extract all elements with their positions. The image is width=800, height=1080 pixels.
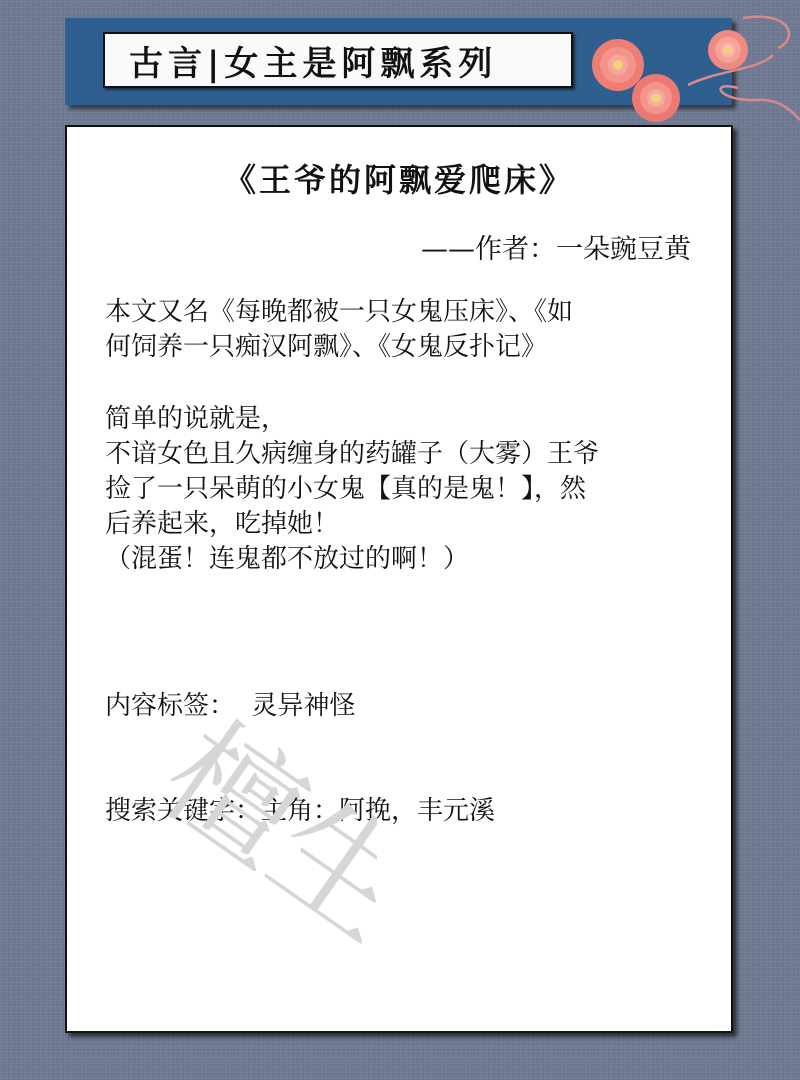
book-title: 《王爷的阿飘爱爬床》 bbox=[67, 155, 731, 201]
svg-text:檀生: 檀生 bbox=[137, 702, 377, 969]
summary: 简单的说就是， 不谙女色且久病缠身的药罐子（大雾）王爷 捡了一只呆萌的小女鬼【真… bbox=[105, 402, 705, 577]
watermark: 檀生 bbox=[117, 702, 377, 1002]
alt-names-line: 本文又名《每晚都被一只女鬼压床》、《如 bbox=[105, 295, 705, 330]
summary-line: 不谙女色且久病缠身的药罐子（大雾）王爷 bbox=[105, 437, 705, 472]
series-title: 古言|女主是阿飘系列 bbox=[129, 36, 497, 85]
summary-line: （混蛋！连鬼都不放过的啊！） bbox=[105, 542, 705, 577]
summary-line: 简单的说就是， bbox=[105, 402, 705, 437]
summary-line: 后养起来，吃掉她！ bbox=[105, 507, 705, 542]
alt-names-line: 何饲养一只痴汉阿飘》、《女鬼反扑记》 bbox=[105, 330, 705, 365]
book-card: 《王爷的阿飘爱爬床》 ——作者：一朵豌豆黄 本文又名《每晚都被一只女鬼压床》、《… bbox=[65, 125, 733, 1033]
alt-names: 本文又名《每晚都被一只女鬼压床》、《如 何饲养一只痴汉阿飘》、《女鬼反扑记》 bbox=[105, 295, 705, 365]
flower-icon bbox=[568, 10, 800, 130]
series-title-box: 古言|女主是阿飘系列 bbox=[103, 32, 573, 88]
summary-line: 捡了一只呆萌的小女鬼【真的是鬼！】，然 bbox=[105, 472, 705, 507]
author-line: ——作者：一朵豌豆黄 bbox=[421, 227, 691, 266]
